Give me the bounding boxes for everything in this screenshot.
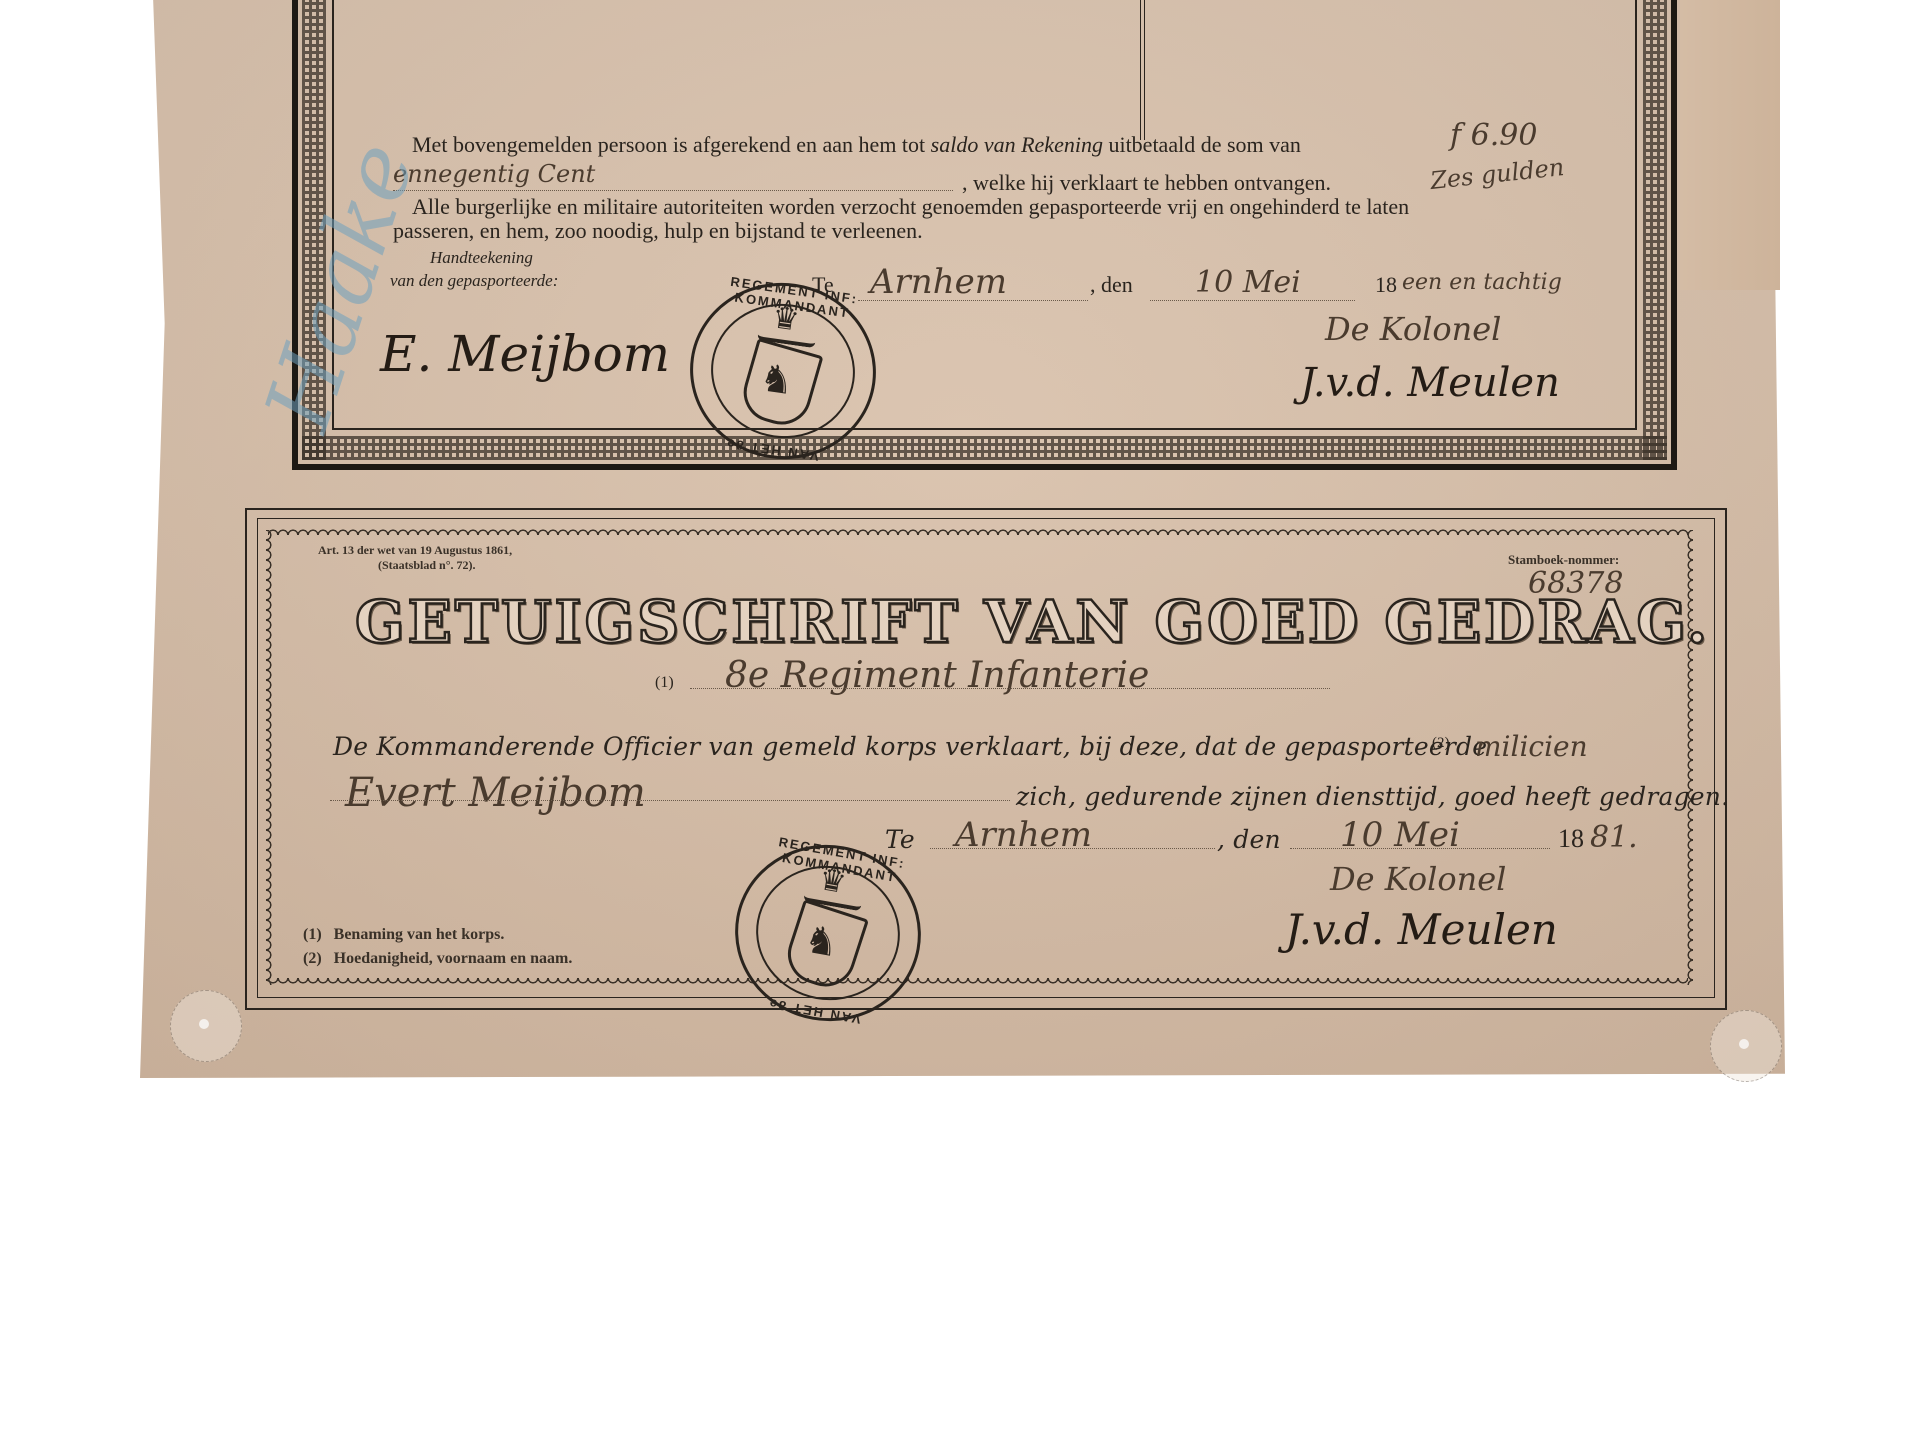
date-handwritten: 10 Mei	[1195, 265, 1301, 300]
italic-text: saldo van Rekening	[931, 132, 1103, 157]
footnote-2: (2) Hoedanigheid, voornaam en naam.	[303, 950, 572, 968]
corps-handwritten: 8e Regiment Infanterie	[725, 655, 1149, 696]
statement-marker: (2)	[1432, 730, 1450, 756]
name-handwritten: Evert Meijbom	[345, 770, 646, 816]
statement-end: zich, gedurende zijnen diensttijd, goed …	[1016, 782, 1729, 811]
ornamental-border-bottom	[302, 436, 1667, 460]
footnote-text: Benaming van het korps.	[334, 926, 505, 943]
year-handwritten: een en tachtig	[1402, 270, 1562, 295]
law-reference-1: Art. 13 der wet van 19 Augustus 1861,	[318, 543, 512, 558]
fill-line	[858, 300, 1088, 301]
rank-title: De Kolonel	[1325, 310, 1501, 348]
lion-icon: ♞	[757, 355, 797, 404]
column-divider	[1140, 0, 1145, 140]
holder-signature: E. Meijbom	[380, 325, 670, 383]
rank-handwritten: milicien	[1475, 730, 1588, 763]
place-handwritten: Arnhem	[870, 262, 1007, 302]
paper-fold	[1680, 0, 1780, 290]
officer-signature: J.v.d. Meulen	[1285, 905, 1558, 954]
footnote-marker: (1)	[303, 926, 322, 943]
year-handwritten: 81.	[1590, 820, 1638, 855]
year-printed: 18	[1375, 272, 1397, 298]
fill-line	[1150, 300, 1355, 301]
statement-printed: De Kommanderende Officier van gemeld kor…	[333, 732, 1487, 761]
place-handwritten: Arnhem	[955, 815, 1092, 855]
corps-marker: (1)	[655, 670, 674, 696]
received-line: , welke hij verklaart te hebben ontvange…	[962, 170, 1331, 196]
footnote-marker: (2)	[303, 950, 322, 967]
ornamental-border-right	[1643, 0, 1667, 460]
law-reference-2: (Staatsblad n°. 72).	[378, 558, 475, 573]
year-printed: 18	[1558, 826, 1584, 852]
fill-line	[690, 688, 1330, 689]
footnote-text: Hoedanigheid, voornaam en naam.	[334, 950, 573, 967]
footnote-1: (1) Benaming van het korps.	[303, 926, 504, 944]
fill-line	[330, 800, 1010, 801]
wavy-border-left	[266, 530, 276, 985]
assistance-line: passeren, en hem, zoo noodig, hulp en bi…	[393, 218, 923, 244]
printed-text: uitbetaald de som van	[1108, 132, 1300, 157]
signature-label-2: van den gepasporteerde:	[390, 268, 558, 294]
date-handwritten: 10 Mei	[1340, 815, 1460, 855]
place-prefix: Te	[885, 825, 915, 854]
punch-hole-right	[1710, 1010, 1782, 1082]
certificate-title: GETUIGSCHRIFT VAN GOED GEDRAG.	[355, 588, 1710, 656]
wavy-border-bottom	[268, 978, 1688, 988]
wavy-border-top	[268, 525, 1688, 535]
punch-hole-left	[170, 990, 242, 1062]
fill-line	[930, 848, 1215, 849]
rank-title: De Kolonel	[1330, 860, 1506, 898]
printed-text: Met bovengemelden persoon is afgerekend …	[412, 132, 925, 157]
authorities-line: Alle burgerlijke en militaire autoriteit…	[412, 194, 1409, 220]
date-prefix: , den	[1217, 825, 1281, 854]
settlement-line: Met bovengemelden persoon is afgerekend …	[412, 132, 1301, 158]
date-prefix: , den	[1090, 272, 1133, 298]
amount-figure: f 6.90	[1450, 118, 1537, 153]
fill-line	[393, 190, 953, 191]
fill-line	[1290, 848, 1550, 849]
officer-signature: J.v.d. Meulen	[1300, 360, 1560, 406]
